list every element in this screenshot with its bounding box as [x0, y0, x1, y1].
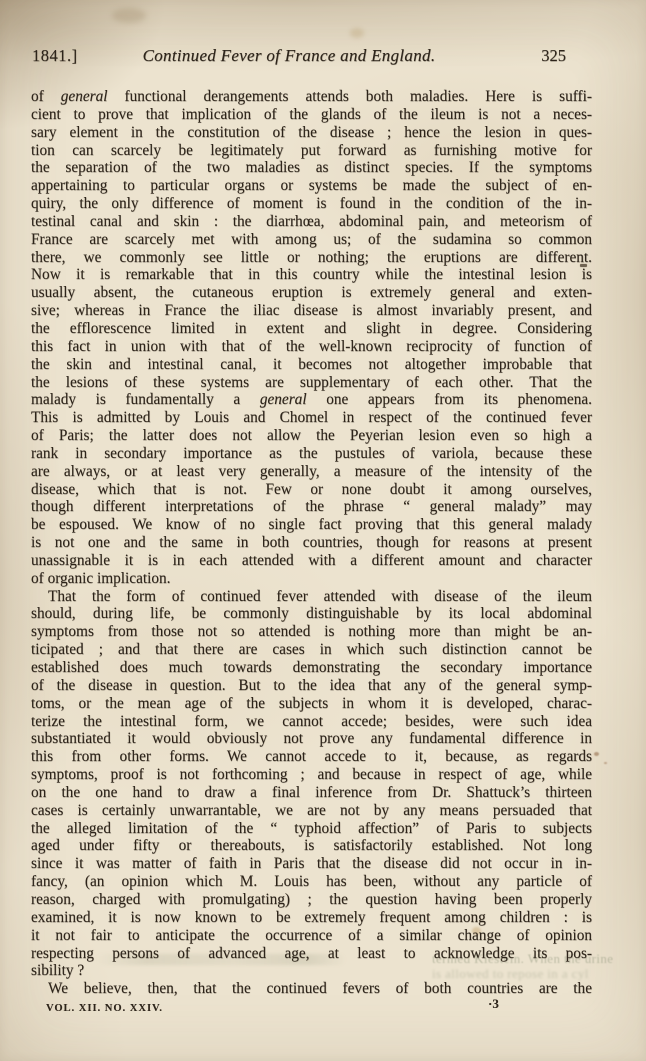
text-line: on the one hand to draw a final inferenc… [31, 784, 592, 802]
text-line: examined, it is now known to be extremel… [31, 909, 592, 927]
text-line: sary element in the constitution of the … [31, 124, 592, 142]
text-line: disease, which that is not. Few or none … [31, 481, 592, 499]
text-line: should, during life, be commonly disting… [31, 605, 592, 623]
text-line: This is admitted by Louis and Chomel in … [31, 409, 592, 427]
text-line: That the form of continued fever attende… [31, 588, 592, 606]
text-line: sibility ? [31, 962, 592, 980]
text-line: this from other forms. We cannot accede … [31, 748, 592, 766]
text-line: though different interpretations of the … [31, 498, 592, 516]
stain-spot [594, 752, 599, 756]
text-line: quiry, the only difference of moment is … [31, 195, 592, 213]
text-line: France are scarcely met with among us; o… [31, 231, 592, 249]
text-line: rank in secondary importance as the pust… [31, 445, 592, 463]
running-title: Continued Fever of France and England. [32, 46, 546, 66]
text-line: usually absent, the cutaneous eruption i… [31, 284, 592, 302]
text-line: substantiated it would obviously not pro… [31, 730, 592, 748]
page: 1841.] Continued Fever of France and Eng… [0, 0, 646, 1061]
text-line: aged under fifty or thereabouts, is sati… [31, 837, 592, 855]
text-line: sive; whereas in France the iliac diseas… [31, 302, 592, 320]
text-line: toms, or the mean age of the subjects in… [31, 695, 592, 713]
text-line: malady is fundamentally a general one ap… [31, 391, 592, 409]
text-line: terize the intestinal form, we cannot ac… [31, 713, 592, 731]
text-line: there, we commonly see little or nothing… [31, 249, 592, 267]
text-line: symptoms, proof is not forthcoming ; and… [31, 766, 592, 784]
text-line: of Paris; the latter does not allow the … [31, 427, 592, 445]
text-line: the lesions of these systems are supplem… [31, 374, 592, 392]
page-number: 325 [541, 46, 566, 66]
body-text: of general functional derangements atten… [31, 88, 592, 998]
text-line: unassignable it is in each attended with… [31, 552, 592, 570]
text-line: is not one and the same in both countrie… [31, 534, 592, 552]
text-line: this fact in union with that of the well… [31, 338, 592, 356]
text-line: cases is certainly unwarrantable, we are… [31, 802, 592, 820]
text-line: fancy, (an opinion which M. Louis has be… [31, 873, 592, 891]
volume-label: VOL. XII. NO. XXIV. [46, 1003, 163, 1014]
text-line: the separation of the two maladies as di… [31, 159, 592, 177]
text-line: testinal canal and skin : the diarrhœa, … [31, 213, 592, 231]
text-line: since it was matter of faith in Paris th… [31, 855, 592, 873]
text-line: be espoused. We know of no single fact p… [31, 516, 592, 534]
text-line: ticipated ; and that there are cases in … [31, 641, 592, 659]
text-line: cient to prove that implication of the g… [31, 106, 592, 124]
text-line: We believe, then, that the continued fev… [31, 980, 592, 998]
text-line: symptoms from those not so attended is n… [31, 623, 592, 641]
text-line: tion can scarcely be legitimately put fo… [31, 142, 592, 160]
text-line: of general functional derangements atten… [31, 88, 592, 106]
text-line: Now it is remarkable that in this countr… [31, 266, 592, 284]
stain-spot [350, 28, 364, 38]
text-line: of the disease in question. But to the i… [31, 677, 592, 695]
text-line: it not fair to anticipate the occurrence… [31, 927, 592, 945]
signature-mark: ·3 [488, 996, 499, 1012]
text-line: appertaining to particular organs or sys… [31, 177, 592, 195]
text-line: the alleged limitation of the “ typhoid … [31, 820, 592, 838]
text-line: are always, or at least very generally, … [31, 463, 592, 481]
page-header: 1841.] Continued Fever of France and Eng… [32, 46, 592, 68]
text-line: the efflorescence limited in extent and … [31, 320, 592, 338]
text-line: respecting persons of advanced age, at l… [31, 945, 592, 963]
text-line: reason, charged with promulgating) ; the… [31, 891, 592, 909]
stain-spot [112, 8, 146, 23]
text-line: the skin and intestinal canal, it become… [31, 356, 592, 374]
text-line: of organic implication. [31, 570, 592, 588]
text-line: established does much towards demonstrat… [31, 659, 592, 677]
